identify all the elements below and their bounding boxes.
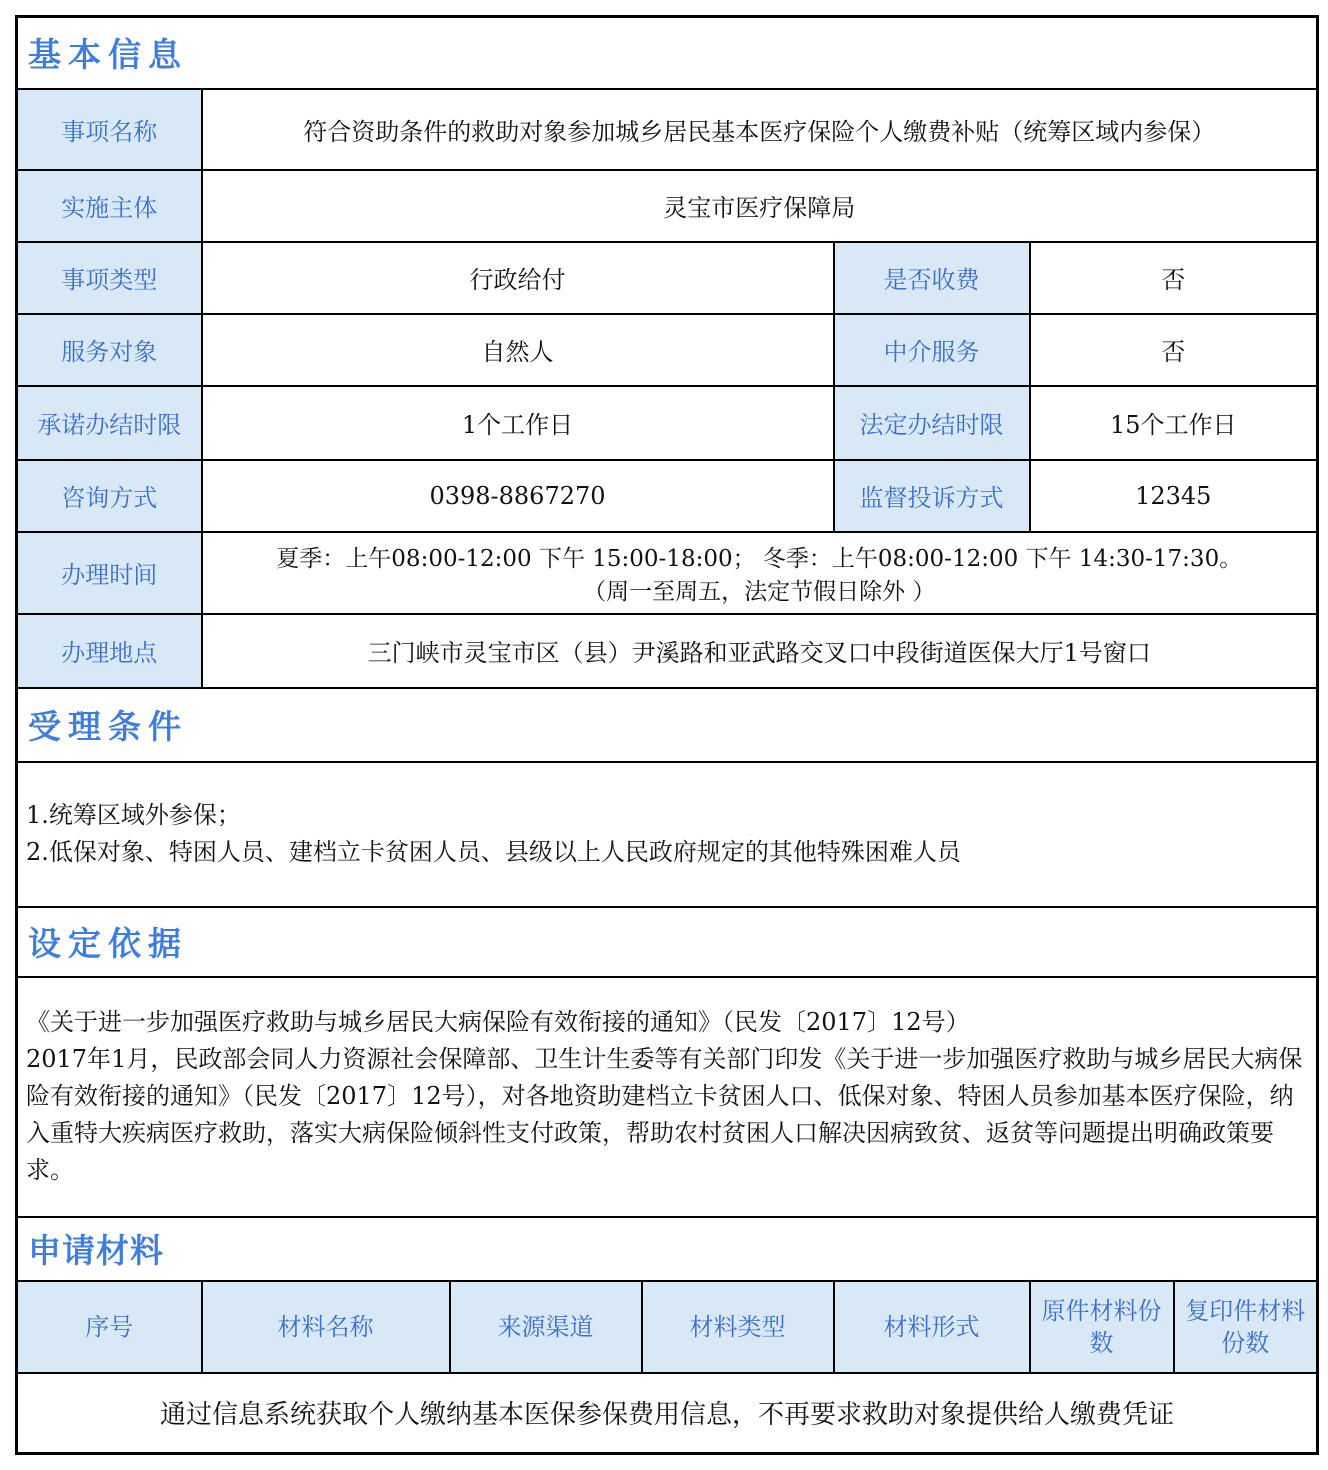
label-is-charged: 是否收费 bbox=[834, 242, 1030, 314]
label-location: 办理地点 bbox=[17, 614, 202, 688]
value-location: 三门峡市灵宝市区（县）尹溪路和亚武路交叉口中段街道医保大厅1号窗口 bbox=[202, 614, 1318, 688]
label-intermediary-service: 中介服务 bbox=[834, 314, 1030, 386]
value-is-charged: 否 bbox=[1030, 242, 1318, 314]
value-intermediary-service: 否 bbox=[1030, 314, 1318, 386]
label-office-hours: 办理时间 bbox=[17, 532, 202, 614]
acceptance-conditions-text: 1.统筹区域外参保； 2.低保对象、特困人员、建档立卡贫困人员、县级以上人民政府… bbox=[17, 762, 1318, 907]
section-title-basic-info: 基本信息 bbox=[17, 17, 1318, 89]
materials-col-photocopy-copies: 复印件材料份数 bbox=[1174, 1281, 1318, 1373]
materials-col-material-type: 材料类型 bbox=[642, 1281, 834, 1373]
row-acceptance-conditions: 1.统筹区域外参保； 2.低保对象、特困人员、建档立卡贫困人员、县级以上人民政府… bbox=[17, 762, 1318, 907]
row-service-target: 服务对象 自然人 中介服务 否 bbox=[17, 314, 1318, 386]
value-service-target: 自然人 bbox=[202, 314, 834, 386]
value-statutory-time-limit: 15个工作日 bbox=[1030, 386, 1318, 460]
materials-note-text: 通过信息系统获取个人缴纳基本医保参保费用信息，不再要求救助对象提供给人缴费凭证 bbox=[17, 1373, 1318, 1454]
label-consultation-method: 咨询方式 bbox=[17, 460, 202, 532]
label-item-name: 事项名称 bbox=[17, 89, 202, 170]
value-item-name: 符合资助条件的救助对象参加城乡居民基本医疗保险个人缴费补贴（统筹区域内参保） bbox=[202, 89, 1318, 170]
section-title-application-materials: 申请材料 bbox=[17, 1217, 1318, 1281]
label-implementer: 实施主体 bbox=[17, 170, 202, 242]
value-office-hours: 夏季：上午08:00-12:00 下午 15:00-18:00； 冬季：上午08… bbox=[202, 532, 1318, 614]
materials-col-serial-number: 序号 bbox=[17, 1281, 202, 1373]
materials-col-material-name: 材料名称 bbox=[202, 1281, 450, 1373]
section-title-legal-basis: 设定依据 bbox=[17, 907, 1318, 977]
row-item-name: 事项名称 符合资助条件的救助对象参加城乡居民基本医疗保险个人缴费补贴（统筹区域内… bbox=[17, 89, 1318, 170]
row-office-hours: 办理时间 夏季：上午08:00-12:00 下午 15:00-18:00； 冬季… bbox=[17, 532, 1318, 614]
row-location: 办理地点 三门峡市灵宝市区（县）尹溪路和亚武路交叉口中段街道医保大厅1号窗口 bbox=[17, 614, 1318, 688]
label-statutory-time-limit: 法定办结时限 bbox=[834, 386, 1030, 460]
row-time-limit: 承诺办结时限 1个工作日 法定办结时限 15个工作日 bbox=[17, 386, 1318, 460]
materials-note-row: 通过信息系统获取个人缴纳基本医保参保费用信息，不再要求救助对象提供给人缴费凭证 bbox=[17, 1373, 1318, 1454]
materials-col-original-copies: 原件材料份数 bbox=[1030, 1281, 1174, 1373]
label-service-target: 服务对象 bbox=[17, 314, 202, 386]
value-implementer: 灵宝市医疗保障局 bbox=[202, 170, 1318, 242]
value-promised-time-limit: 1个工作日 bbox=[202, 386, 834, 460]
label-complaint-method: 监督投诉方式 bbox=[834, 460, 1030, 532]
row-item-type: 事项类型 行政给付 是否收费 否 bbox=[17, 242, 1318, 314]
label-promised-time-limit: 承诺办结时限 bbox=[17, 386, 202, 460]
value-item-type: 行政给付 bbox=[202, 242, 834, 314]
service-info-table: 基本信息 事项名称 符合资助条件的救助对象参加城乡居民基本医疗保险个人缴费补贴（… bbox=[15, 15, 1319, 1455]
section-title-acceptance-conditions: 受理条件 bbox=[17, 688, 1318, 762]
row-implementer: 实施主体 灵宝市医疗保障局 bbox=[17, 170, 1318, 242]
label-item-type: 事项类型 bbox=[17, 242, 202, 314]
value-complaint-phone: 12345 bbox=[1030, 460, 1318, 532]
row-consultation: 咨询方式 0398-8867270 监督投诉方式 12345 bbox=[17, 460, 1318, 532]
document-sheet: 基本信息 事项名称 符合资助条件的救助对象参加城乡居民基本医疗保险个人缴费补贴（… bbox=[0, 0, 1328, 1470]
value-consultation-phone: 0398-8867270 bbox=[202, 460, 834, 532]
materials-col-source-channel: 来源渠道 bbox=[450, 1281, 642, 1373]
materials-col-material-form: 材料形式 bbox=[834, 1281, 1030, 1373]
materials-header-row: 序号 材料名称 来源渠道 材料类型 材料形式 原件材料份数 复印件材料份数 bbox=[17, 1281, 1318, 1373]
row-legal-basis: 《关于进一步加强医疗救助与城乡居民大病保险有效衔接的通知》（民发〔2017〕12… bbox=[17, 977, 1318, 1217]
legal-basis-text: 《关于进一步加强医疗救助与城乡居民大病保险有效衔接的通知》（民发〔2017〕12… bbox=[17, 977, 1318, 1217]
